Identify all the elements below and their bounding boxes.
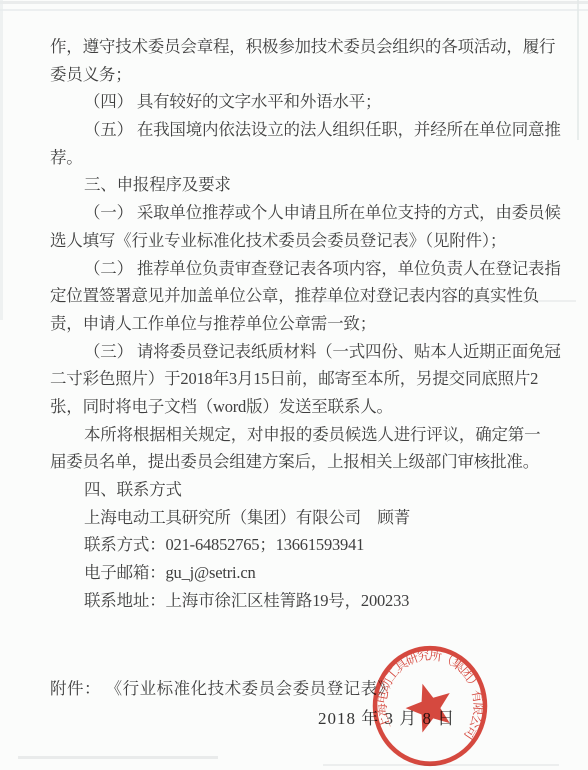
text-line: 张，同时将电子文档（word版）发送至联系人。 [50,393,562,421]
scan-artifact-right-edge [577,0,579,140]
attachment-line: 附件： 《行业标准化技术委员会委员登记表》 [50,675,562,703]
text-line: 定位置签署意见并加盖单位公章，推荐单位对登记表内容的真实性负 [50,282,562,310]
text-line: 作，遵守技术委员会章程，积极参加技术委员会组织的各项活动，履行 [50,33,562,61]
text-line: 二寸彩色照片）于2018年3月15日前，邮寄至本所，另提交同底照片2 [50,365,562,393]
text-line: 责，申请人工作单位与推荐单位公章需一致； [50,310,562,338]
text-line: 本所将根据相关规定，对申报的委员候选人进行评议，确定第一 [50,421,562,449]
text-line: （一） 采取单位推荐或个人申请且所在单位支持的方式，由委员候 [50,199,562,227]
scan-artifact-left-edge [0,0,3,320]
text-line: （二） 推荐单位负责审查登记表各项内容，单位负责人在登记表指 [50,255,562,283]
text-line: （五） 在我国境内依法设立的法人组织任职，并经所在单位同意推 [50,116,562,144]
scan-artifact-smudge [323,764,558,766]
attachment-block: 附件： 《行业标准化技术委员会委员登记表》 [50,646,562,703]
document-body: 作，遵守技术委员会章程，积极参加技术委员会组织的各项活动，履行委员义务；（四） … [50,33,562,614]
scan-artifact-top-band [0,1,588,4]
text-line: 荐。 [50,144,562,172]
text-line: 届委员名单，提出委员会组建方案后，上报相关上级部门审核批准。 [50,448,562,476]
text-line: 三、申报程序及要求 [50,171,562,199]
text-line: 四、联系方式 [50,476,562,504]
text-line: 选人填写《行业专业标准化技术委员会委员登记表》（见附件）； [50,227,562,255]
text-line: （三） 请将委员登记表纸质材料（一式四份、贴本人近期正面免冠 [50,338,562,366]
scan-artifact-top-line [0,9,588,11]
text-line: 委员义务； [50,61,562,89]
text-line: 电子邮箱：gu_j@setri.cn [50,559,562,587]
text-line: 上海电动工具研究所（集团）有限公司 顾菁 [50,504,562,532]
text-line: （四） 具有较好的文字水平和外语水平； [50,88,562,116]
scan-artifact-smudge [18,756,218,759]
scanned-document-page: 作，遵守技术委员会章程，积极参加技术委员会组织的各项活动，履行委员义务；（四） … [0,0,588,770]
text-line: 联系方式：021-64852765；13661593941 [50,531,562,559]
date-line: 2018 年 3 月 8 日 [318,704,455,729]
text-line: 联系地址：上海市徐汇区桂箐路19号，200233 [50,587,562,615]
